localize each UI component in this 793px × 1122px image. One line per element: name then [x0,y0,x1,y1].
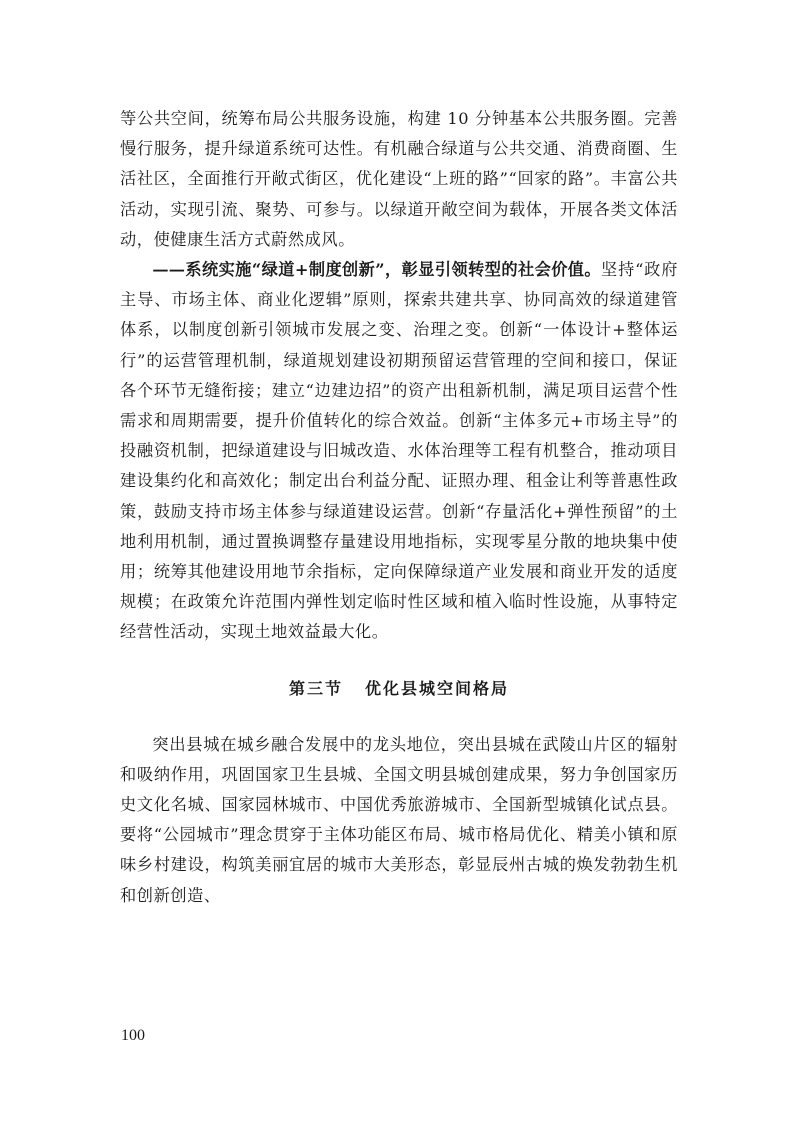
paragraph-lead-heading: ——系统实施“绿道+制度创新”，彰显引领转型的社会价值。 [152,260,601,279]
paragraph-continuation: 等公共空间，统筹布局公共服务设施，构建 10 分钟基本公共服务圈。完善慢行服务，… [120,104,678,255]
paragraph-institutional-innovation: ——系统实施“绿道+制度创新”，彰显引领转型的社会价值。坚持“政府主导、市场主体… [120,255,678,648]
section-number: 第三节 [289,679,343,698]
page-number: 100 [121,1027,145,1045]
document-page: 等公共空间，统筹布局公共服务设施，构建 10 分钟基本公共服务圈。完善慢行服务，… [120,104,678,911]
section-title: 优化县城空间格局 [365,679,509,698]
section-heading: 第三节优化县城空间格局 [120,674,678,704]
paragraph-county-layout: 突出县城在城乡融合发展中的龙头地位，突出县城在武陵山片区的辐射和吸纳作用，巩固国… [120,730,678,911]
paragraph-body: 坚持“政府主导、市场主体、商业化逻辑”原则，探索共建共享、协同高效的绿道建管体系… [120,260,678,641]
